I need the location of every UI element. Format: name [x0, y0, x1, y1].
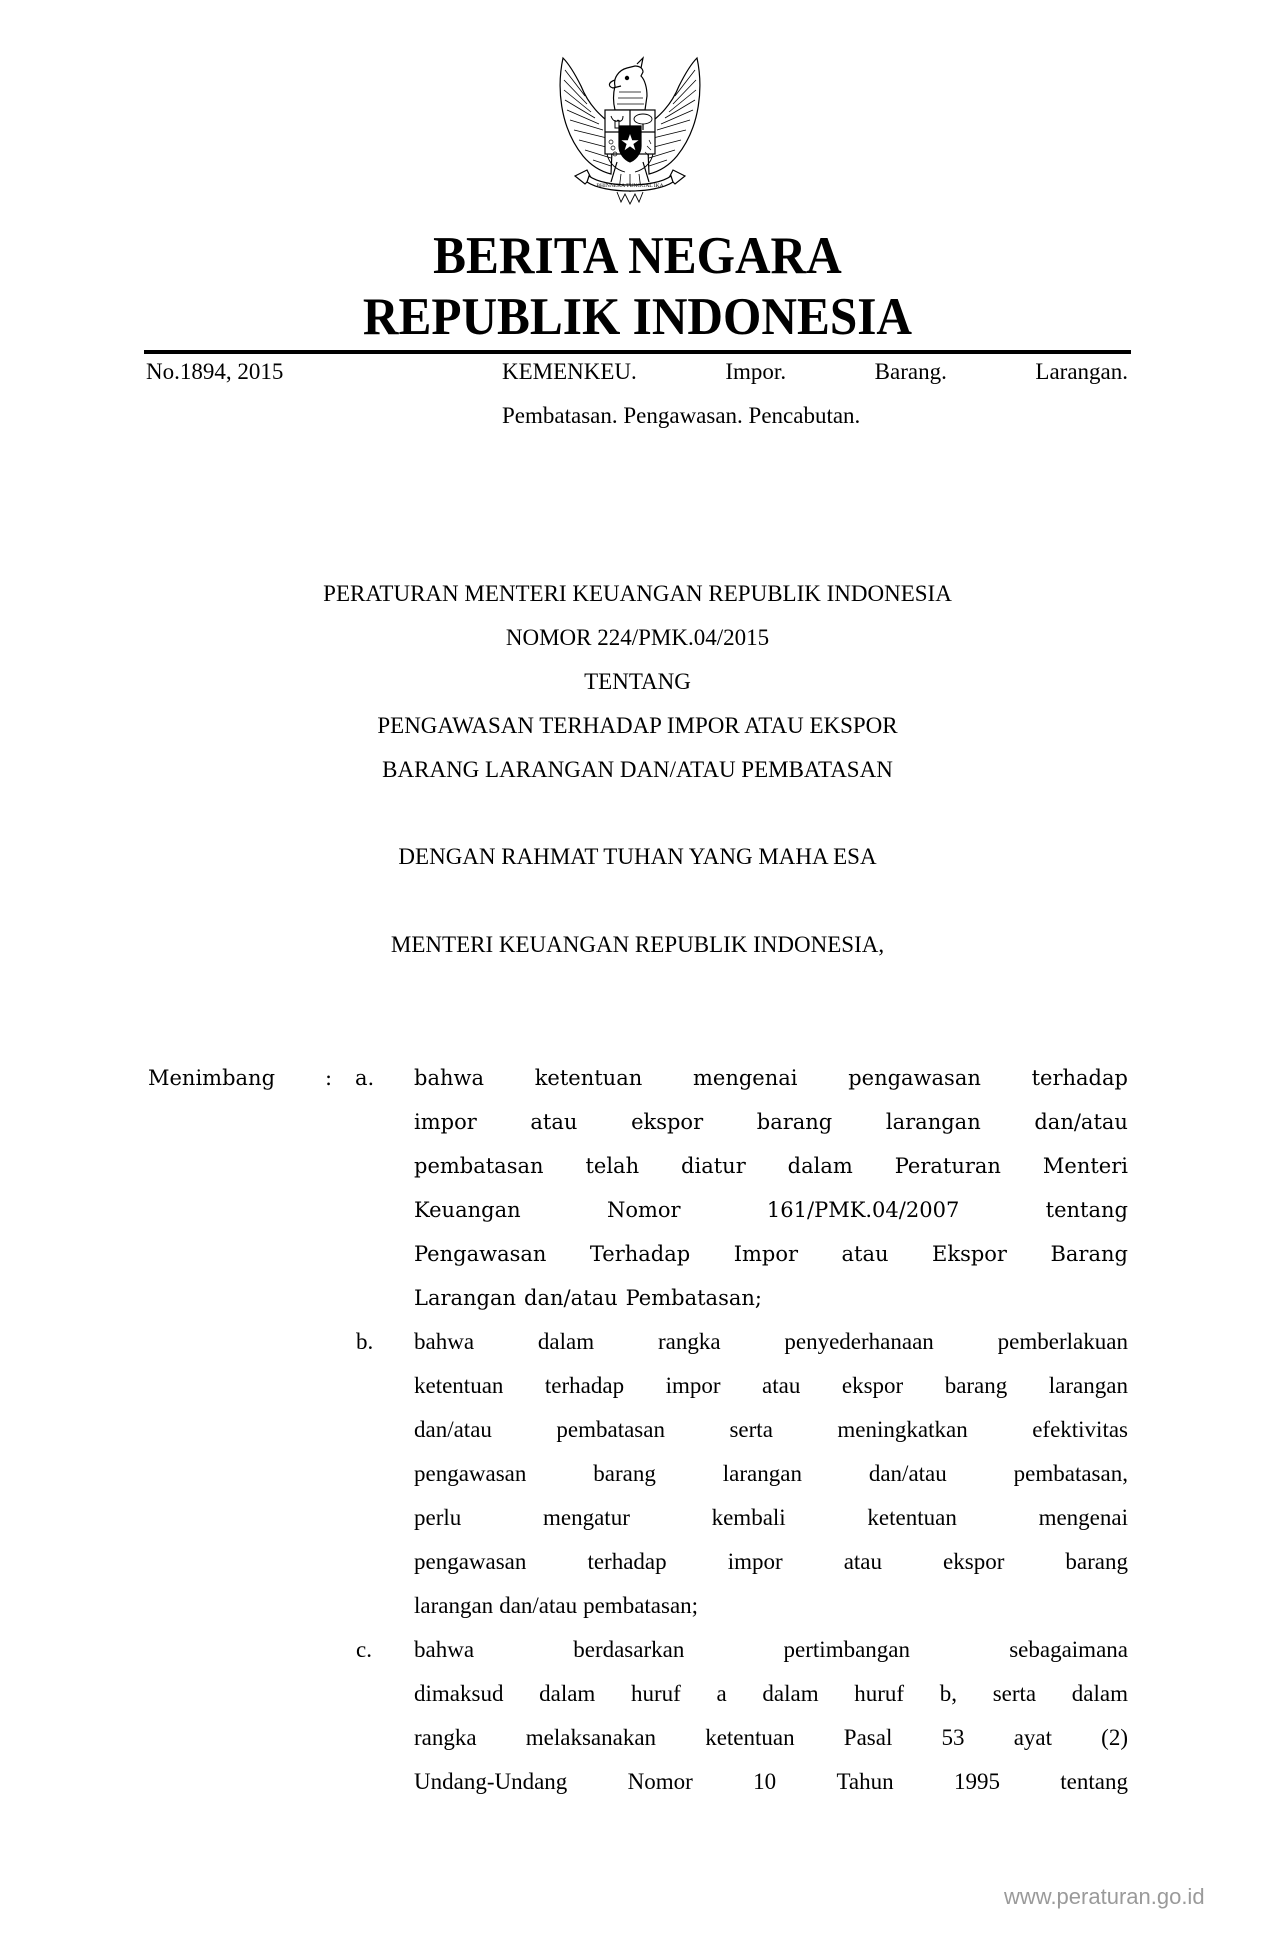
invocation: DENGAN RAHMAT TUHAN YANG MAHA ESA [0, 843, 1275, 871]
item-text-line: Larangandan/atauPembatasan; [414, 1284, 1128, 1312]
word: berdasarkan [573, 1636, 684, 1664]
subject-keyword: Impor. [725, 358, 786, 386]
word: Ekspor [932, 1240, 1007, 1268]
masthead-title-line1: BERITA NEGARA [45, 226, 1231, 286]
word: ekspor [631, 1108, 703, 1136]
word: barang [757, 1108, 833, 1136]
word: pembatasan [556, 1416, 665, 1444]
word: kembali [712, 1504, 786, 1532]
word: 1995 [954, 1768, 1000, 1796]
word: Undang-Undang [414, 1768, 567, 1796]
item-text-line: dimaksuddalamhurufadalamhurufb,sertadala… [414, 1680, 1128, 1708]
word: impor [666, 1372, 721, 1400]
word: dalam [788, 1152, 853, 1180]
word: terhadap [545, 1372, 624, 1400]
item-text-line: pembatasantelahdiaturdalamPeraturanMente… [414, 1152, 1128, 1180]
word: terhadap [587, 1548, 666, 1576]
word: atau [842, 1240, 889, 1268]
word: melaksanakan [526, 1724, 656, 1752]
word: tentang [1060, 1768, 1128, 1796]
word: ketentuan [414, 1372, 503, 1400]
word: sebagaimana [1009, 1636, 1128, 1664]
word: rangka [658, 1328, 721, 1356]
word: Nomor [628, 1768, 693, 1796]
subject-keyword: KEMENKEU. [502, 358, 637, 386]
regulation-number: NOMOR 224/PMK.04/2015 [0, 624, 1275, 652]
considering-separator: : [325, 1064, 332, 1092]
word: terhadap [1032, 1064, 1128, 1092]
regulation-about-label: TENTANG [0, 668, 1275, 696]
word: ekspor [943, 1548, 1004, 1576]
word: mengenai [1039, 1504, 1128, 1532]
word: dan/atau [524, 1284, 618, 1312]
word: bahwa [414, 1328, 474, 1356]
word: serta [729, 1416, 772, 1444]
word: larangan [414, 1592, 493, 1620]
word: barang [945, 1372, 1008, 1400]
word: impor [728, 1548, 783, 1576]
word: dan/atau [499, 1592, 577, 1620]
word: 10 [753, 1768, 776, 1796]
word: Menteri [1043, 1152, 1128, 1180]
item-text-line: pengawasanbaranglarangandan/ataupembatas… [414, 1460, 1128, 1488]
item-text-line: bahwadalamrangkapenyederhanaanpemberlaku… [414, 1328, 1128, 1356]
word: dan/atau [414, 1416, 492, 1444]
word: dalam [538, 1328, 594, 1356]
word: dalam [1072, 1680, 1128, 1708]
word: Impor [734, 1240, 798, 1268]
item-marker: b. [356, 1328, 373, 1356]
word: serta [993, 1680, 1036, 1708]
gazette-subject-line1: KEMENKEU. Impor. Barang. Larangan. [502, 358, 1128, 386]
garuda-emblem-icon: BHINNEKA TUNGGAL IKA [555, 56, 705, 214]
word: pembatasan, [1014, 1460, 1128, 1488]
word: ekspor [842, 1372, 903, 1400]
word: tentang [1046, 1196, 1128, 1224]
regulation-subject-line1: PENGAWASAN TERHADAP IMPOR ATAU EKSPOR [0, 712, 1275, 740]
word: Pasal [844, 1724, 893, 1752]
word: Nomor [607, 1196, 681, 1224]
word: larangan [723, 1460, 802, 1488]
word: pengawasan [414, 1548, 526, 1576]
word: pemberlakuan [998, 1328, 1128, 1356]
word: a [717, 1680, 727, 1708]
word: meningkatkan [837, 1416, 967, 1444]
word: bahwa [414, 1064, 484, 1092]
item-text-line: imporataueksporbaranglarangandan/atau [414, 1108, 1128, 1136]
word: mengenai [693, 1064, 798, 1092]
word: dimaksud [414, 1680, 503, 1708]
gazette-subject-line2: Pembatasan. Pengawasan. Pencabutan. [502, 402, 860, 430]
word: larangan [886, 1108, 981, 1136]
word: efektivitas [1032, 1416, 1128, 1444]
word: dalam [762, 1680, 818, 1708]
word: ayat [1014, 1724, 1052, 1752]
word: dalam [539, 1680, 595, 1708]
item-marker: a. [355, 1064, 374, 1092]
word: pertimbangan [784, 1636, 910, 1664]
word: perlu [414, 1504, 461, 1532]
word: dan/atau [869, 1460, 947, 1488]
word: ketentuan [535, 1064, 643, 1092]
word: ketentuan [705, 1724, 794, 1752]
item-text-line: ketentuanterhadapimporataueksporbarangla… [414, 1372, 1128, 1400]
word: atau [530, 1108, 577, 1136]
word: 161/PMK.04/2007 [767, 1196, 959, 1224]
word: Barang [1050, 1240, 1127, 1268]
subject-keyword: Barang. [875, 358, 947, 386]
issuer: MENTERI KEUANGAN REPUBLIK INDONESIA, [0, 931, 1275, 959]
item-marker: c. [356, 1636, 372, 1664]
word: (2) [1101, 1724, 1128, 1752]
item-text-line: rangkamelaksanakanketentuanPasal53ayat(2… [414, 1724, 1128, 1752]
item-text-line: perlumengaturkembaliketentuanmengenai [414, 1504, 1128, 1532]
word: bahwa [414, 1636, 474, 1664]
word: huruf [631, 1680, 681, 1708]
item-text-line: bahwaberdasarkanpertimbangansebagaimana [414, 1636, 1128, 1664]
word: Terhadap [590, 1240, 690, 1268]
word: 53 [942, 1724, 965, 1752]
word: telah [585, 1152, 639, 1180]
word: pembatasan; [583, 1592, 698, 1620]
word: b, [940, 1680, 957, 1708]
word: huruf [854, 1680, 904, 1708]
item-text-line: Undang-UndangNomor10Tahun1995tentang [414, 1768, 1128, 1796]
word: rangka [414, 1724, 477, 1752]
word: Keuangan [414, 1196, 521, 1224]
word: Pembatasan; [626, 1284, 762, 1312]
word: pembatasan [414, 1152, 544, 1180]
considering-label: Menimbang [148, 1064, 275, 1092]
item-text-line: larangandan/ataupembatasan; [414, 1592, 1128, 1620]
item-text-line: KeuanganNomor161/PMK.04/2007tentang [414, 1196, 1128, 1224]
masthead-divider [144, 350, 1131, 354]
item-text-line: bahwaketentuanmengenaipengawasanterhadap [414, 1064, 1128, 1092]
word: dan/atau [1034, 1108, 1128, 1136]
subject-keyword: Larangan. [1035, 358, 1128, 386]
word: pengawasan [414, 1460, 526, 1488]
svg-text:BHINNEKA TUNGGAL IKA: BHINNEKA TUNGGAL IKA [596, 183, 663, 189]
item-text-line: PengawasanTerhadapImporatauEksporBarang [414, 1240, 1128, 1268]
item-text-line: pengawasanterhadapimporataueksporbarang [414, 1548, 1128, 1576]
word: larangan [1049, 1372, 1128, 1400]
word: mengatur [543, 1504, 630, 1532]
word: penyederhanaan [784, 1328, 933, 1356]
word: pengawasan [848, 1064, 981, 1092]
word: barang [593, 1460, 656, 1488]
word: diatur [681, 1152, 746, 1180]
word: impor [414, 1108, 477, 1136]
word: ketentuan [867, 1504, 956, 1532]
word: barang [1065, 1548, 1128, 1576]
word: Peraturan [895, 1152, 1001, 1180]
footer-watermark: www.peraturan.go.id [1004, 1884, 1205, 1910]
word: Larangan [414, 1284, 516, 1312]
item-text-line: dan/ataupembatasansertameningkatkanefekt… [414, 1416, 1128, 1444]
masthead-title-line2: REPUBLIK INDONESIA [45, 287, 1231, 347]
word: Pengawasan [414, 1240, 546, 1268]
regulation-subject-line2: BARANG LARANGAN DAN/ATAU PEMBATASAN [0, 756, 1275, 784]
word: atau [844, 1548, 882, 1576]
word: atau [762, 1372, 800, 1400]
word: Tahun [836, 1768, 893, 1796]
gazette-number: No.1894, 2015 [146, 358, 283, 386]
regulation-title: PERATURAN MENTERI KEUANGAN REPUBLIK INDO… [0, 580, 1275, 608]
